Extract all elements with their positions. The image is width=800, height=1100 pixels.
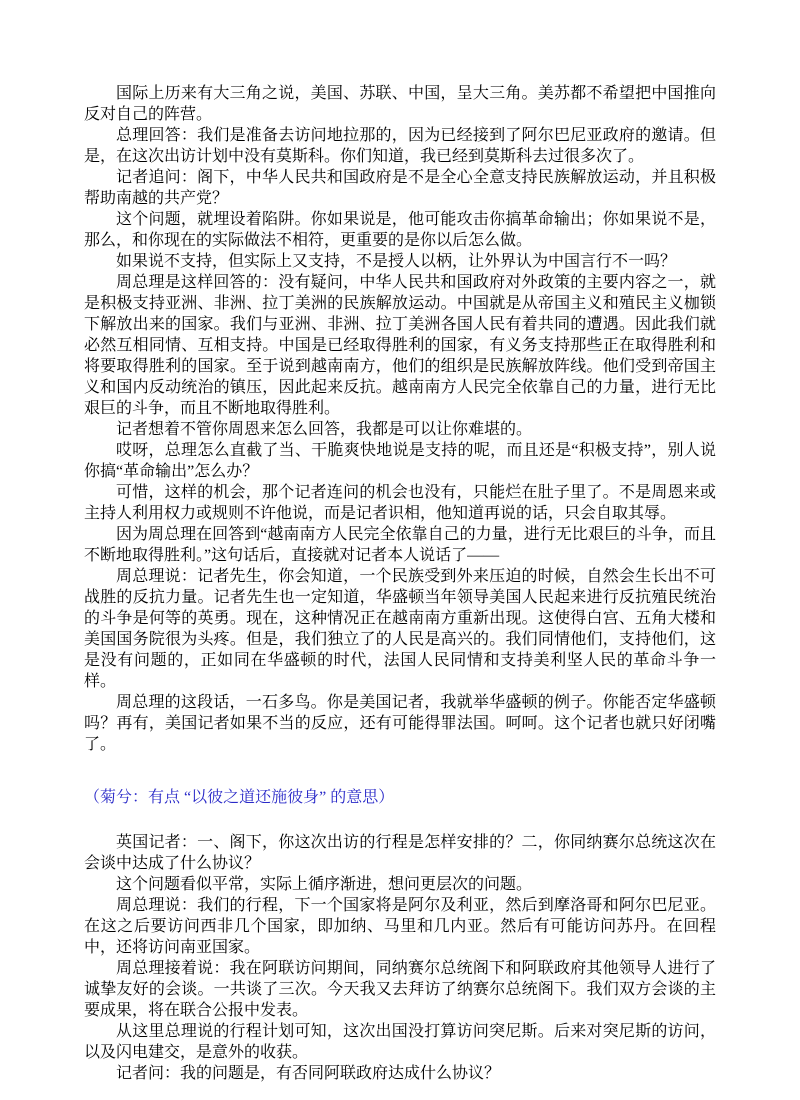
paragraph: 哎呀，总理怎么直截了当、干脆爽快地说是支持的呢，而且还是“积极支持”，别人说你搞… xyxy=(84,440,716,482)
paragraph: 记者想着不管你周恩来怎么回答，我都是可以让你难堪的。 xyxy=(84,419,716,440)
paragraph: 周总理的这段话，一石多鸟。你是美国记者，我就举华盛顿的例子。你能否定华盛顿吗？再… xyxy=(84,692,716,755)
paragraph: 如果说不支持，但实际上又支持，不是授人以柄，让外界认为中国言行不一吗？ xyxy=(84,251,716,272)
paragraph: 这个问题看似平常，实际上循序渐进，想问更层次的问题。 xyxy=(84,874,716,895)
paragraph: 英国记者：一、阁下，你这次出访的行程是怎样安排的？二，你同纳赛尔总统这次在会谈中… xyxy=(84,832,716,874)
paragraph: 记者问：我的问题是，有否同阿联政府达成什么协议？ xyxy=(84,1063,716,1084)
paragraph: 周总理接着说：我在阿联访问期间，同纳赛尔总统阁下和阿联政府其他领导人进行了诚挚友… xyxy=(84,958,716,1021)
paragraph: 周总理说：我们的行程，下一个国家将是阿尔及利亚，然后到摩洛哥和阿尔巴尼亚。在这之… xyxy=(84,895,716,958)
paragraph: 这个问题，就埋设着陷阱。你如果说是，他可能攻击你搞革命输出；你如果说不是，那么，… xyxy=(84,209,716,251)
document-body: 国际上历来有大三角之说，美国、苏联、中国，呈大三角。美苏都不希望把中国推向反对自… xyxy=(84,83,716,1084)
paragraph: 总理回答：我们是准备去访问地拉那的，因为已经接到了阿尔巴尼亚政府的邀请。但是，在… xyxy=(84,125,716,167)
paragraph: 周总理是这样回答的：没有疑问，中华人民共和国政府对外政策的主要内容之一，就是积极… xyxy=(84,272,716,419)
paragraph: 国际上历来有大三角之说，美国、苏联、中国，呈大三角。美苏都不希望把中国推向反对自… xyxy=(84,83,716,125)
paragraph: 记者追问：阁下，中华人民共和国政府是不是全心全意支持民族解放运动，并且积极帮助南… xyxy=(84,167,716,209)
document-page: 国际上历来有大三角之说，美国、苏联、中国，呈大三角。美苏都不希望把中国推向反对自… xyxy=(0,0,800,1100)
paragraph: 因为周总理在回答到“越南南方人民完全依靠自己的力量，进行无比艰巨的斗争，而且不断… xyxy=(84,524,716,566)
annotation-note: （菊兮：有点 “以彼之道还施彼身” 的意思） xyxy=(84,787,716,808)
paragraph: 周总理说：记者先生，你会知道，一个民族受到外来压迫的时候，自然会生长出不可战胜的… xyxy=(84,566,716,692)
paragraph: 从这里总理说的行程计划可知，这次出国没打算访问突尼斯。后来对突尼斯的访问，以及闪… xyxy=(84,1021,716,1063)
paragraph: 可惜，这样的机会，那个记者连问的机会也没有，只能烂在肚子里了。不是周恩来或主持人… xyxy=(84,482,716,524)
